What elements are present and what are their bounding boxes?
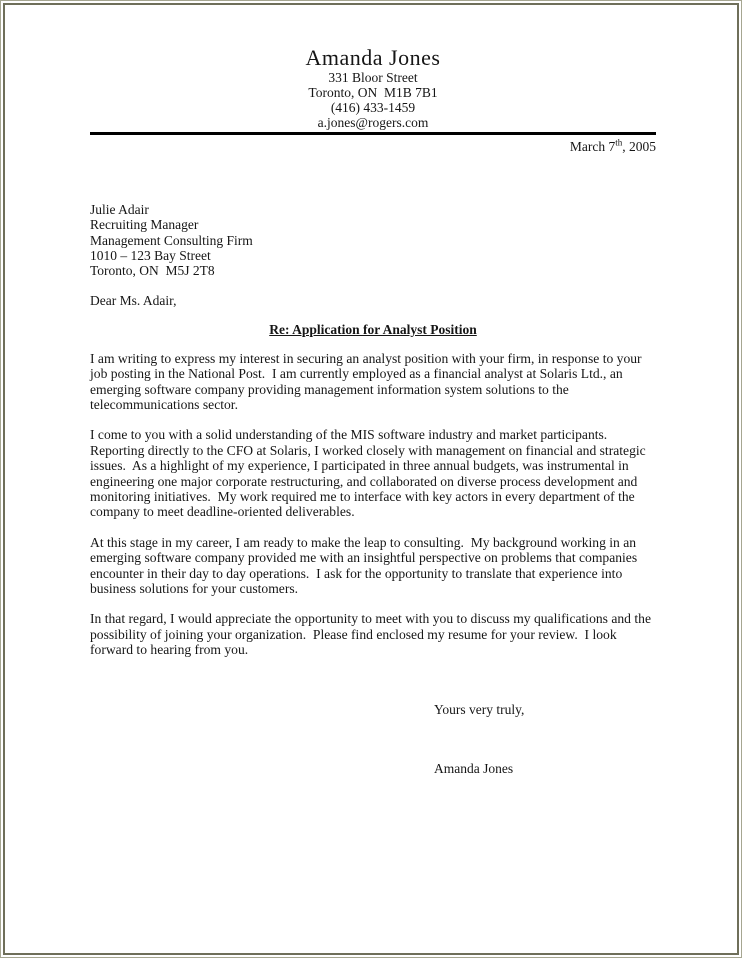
body-paragraph-2: I come to you with a solid understanding…	[90, 427, 656, 519]
signature-name: Amanda Jones	[434, 761, 656, 777]
sender-phone: (416) 433-1459	[90, 100, 656, 115]
letterhead-divider-rule	[90, 132, 656, 135]
recipient-title: Recruiting Manager	[90, 217, 656, 232]
scanned-cover-letter-page: { "letterhead": { "name": "Amanda Jones"…	[0, 0, 742, 958]
letter-content: Amanda Jones 331 Bloor Street Toronto, O…	[90, 0, 656, 777]
date-suffix: , 2005	[622, 139, 656, 154]
recipient-address-block: Julie Adair Recruiting Manager Managemen…	[90, 202, 656, 278]
sender-city-postal: Toronto, ON M1B 7B1	[90, 85, 656, 100]
sender-street: 331 Bloor Street	[90, 70, 656, 85]
body-paragraph-3: At this stage in my career, I am ready t…	[90, 535, 656, 597]
subject-line: Re: Application for Analyst Position	[90, 322, 656, 338]
valediction: Yours very truly,	[434, 702, 656, 718]
salutation: Dear Ms. Adair,	[90, 293, 656, 308]
recipient-street: 1010 – 123 Bay Street	[90, 248, 656, 263]
body-paragraph-1: I am writing to express my interest in s…	[90, 351, 656, 413]
body-paragraph-4: In that regard, I would appreciate the o…	[90, 611, 656, 657]
recipient-name: Julie Adair	[90, 202, 656, 217]
recipient-company: Management Consulting Firm	[90, 233, 656, 248]
recipient-city-postal: Toronto, ON M5J 2T8	[90, 263, 656, 278]
letterhead: Amanda Jones 331 Bloor Street Toronto, O…	[90, 46, 656, 130]
letter-date: March 7th, 2005	[90, 139, 656, 155]
sender-email: a.jones@rogers.com	[90, 115, 656, 130]
date-prefix: March 7	[570, 139, 615, 154]
sender-name: Amanda Jones	[90, 46, 656, 70]
